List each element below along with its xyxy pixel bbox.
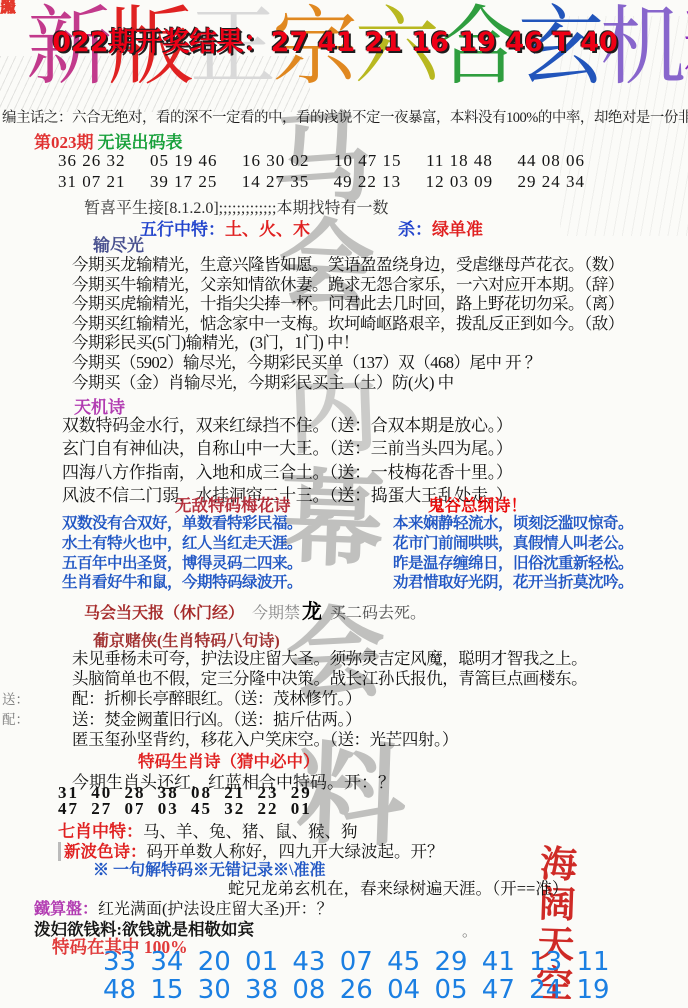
code-group: 14 27 35: [242, 172, 310, 192]
code-group: 49 22 13: [334, 172, 402, 192]
code-group: 05 19 46: [150, 151, 218, 171]
kill-line: 杀：绿单准: [398, 215, 483, 240]
poem-line: 未见垂杨未可夸，护法设庄留大圣。须弥灵吉定风魔，聪明才智我之上。: [72, 649, 587, 669]
code-table-row: 36 26 32 05 19 46 16 30 02 10 47 15 11 1…: [58, 151, 585, 171]
poem-line: 花市门前闹哄哄，真假情人叫老公。: [393, 534, 633, 554]
five-elements-label: 五行中特：: [140, 220, 225, 239]
mahui-daily-line: 马会当天报（休门经）今期禁龙买二码去死。: [84, 595, 426, 624]
margin-note-song: 送：: [2, 688, 29, 708]
kill-label: 杀：: [398, 220, 432, 239]
poem-line: 今期买红输精光，惦念家中一支梅。坎坷崎岖路艰辛，拨乱反正到如今。（敌）: [72, 314, 624, 334]
section-title-pujing: 葡京赌侠(生肖特码八句诗): [93, 628, 280, 651]
mahui-bracket: （休门经）: [164, 605, 244, 622]
lottery-tip-sheet: 马 会 内 幕 会 料 为 人 民 服 务 海阔天空 新 版 正 宗 六 合 玄…: [0, 0, 688, 1008]
shengxiao-numbers-row: 47 27 07 03 45 32 22 01: [58, 800, 312, 817]
five-elements-value: 土、火、木: [225, 220, 310, 239]
special-code-numbers-row: 48 15 30 38 08 26 04 05 47 24 19: [103, 975, 610, 1005]
code-group: 10 47 15: [334, 151, 402, 171]
code-group: 39 17 25: [150, 172, 218, 192]
code-table-heading: 第023期无误出码表: [34, 128, 183, 153]
issue-number: 第023期: [34, 133, 94, 152]
margin-note-pei: 配：: [2, 708, 29, 728]
code-table-row: 31 07 21 39 17 25 14 27 35 49 22 13 12 0…: [58, 172, 585, 192]
poem-line: 头脑简单也不假，定三分隆中决策。战长江孙氏报仇，青篙巨点画楼东。: [72, 669, 587, 689]
poem-line: 玄门自有神仙决，自称山中一大王。（送：三前当头四为尾。）: [62, 437, 513, 460]
draw-result-banner: 022期开奖结果：27 41 21 16 19 46 T 40: [30, 20, 640, 59]
calligraphy-char: 务: [0, 0, 16, 16]
poem-line: 昨是温存缠绵日，旧俗沈重新轻松。: [393, 554, 633, 574]
section-title-meihuashi: 无敌特码梅花诗: [175, 492, 291, 516]
section-title-guigu: 鬼谷总纲诗！: [428, 492, 527, 516]
five-elements-line: 五行中特：土、火、木: [140, 215, 310, 240]
code-group: 16 30 02: [242, 151, 310, 171]
editor-note: 编主话之：六合无绝对，看的深不一定看的中，看的浅说不定一夜暴富，本料没有100%…: [2, 106, 688, 127]
poem-line: 本来娴静轻流水，顷刻泛滥叹惊奇。: [393, 514, 633, 534]
code-group: 44 08 06: [517, 151, 585, 171]
poem-line: 五百年中出圣贤，博得灵码二四来。: [62, 554, 302, 574]
poem-line: 今期买虎输精光，十指尖尖捧一杯。问君此去几时回，路上野花切勿采。（离）: [72, 294, 624, 314]
poem-line: 今期买（5902）输尽光，今期彩民买单（137）双（468）尾中 开 ？: [72, 353, 624, 373]
poem-line: 生肖看好牛和鼠，今期特码绿波开。: [62, 573, 302, 593]
pofu-period: 。: [462, 920, 477, 941]
pujing-poem: 未见垂杨未可夸，护法设庄留大圣。须弥灵吉定风魔，聪明才智我之上。 头脑简单也不假…: [72, 649, 587, 750]
code-table-title: 无误出码表: [98, 133, 183, 152]
meihuashi-poem: 双数没有合双好，单数看特彩民福。 水土有特火也中，红人当红走天涯。 五百年中出圣…: [62, 514, 302, 593]
poem-line: 匿玉玺孙坚背约，移花入户笑床空。（送：光芒四射。）: [72, 730, 587, 750]
code-group: 36 26 32: [58, 151, 126, 171]
code-group: 12 03 09: [426, 172, 494, 192]
poem-line: 今期买龙输精光，生意兴隆皆如愿。笑语盈盈绕身边，受虐继母芦花衣。（数）: [72, 255, 624, 275]
poem-line: 今期买（金）肖输尽光，今期彩民买主（土）防(火) 中: [72, 373, 624, 393]
guigu-poem: 本来娴静轻流水，顷刻泛滥叹惊奇。 花市门前闹哄哄，真假情人叫老公。 昨是温存缠绵…: [393, 514, 633, 593]
mahui-prefix: 马会当天报: [84, 605, 164, 622]
mahui-mid: 今期禁: [252, 605, 300, 622]
poem-line: 送：焚金阙董旧行凶。（送：掂斤估两。）: [72, 710, 587, 730]
poem-line: 双数没有合双好，单数看特彩民福。: [62, 514, 302, 534]
kill-value: 绿单准: [432, 220, 483, 239]
code-group: 11 18 48: [426, 151, 493, 171]
banned-animal: 龙: [302, 601, 322, 623]
special-code-numbers-row: 33 34 20 01 43 07 45 29 41 13 11: [103, 947, 610, 977]
mahui-suffix: 买二码去死。: [330, 605, 426, 622]
poem-line: 今期买牛输精光，父亲知情欲休妻。跪求无怨合家乐，一六对应开本期。（辞）: [72, 275, 624, 295]
poem-line: 劝君惜取好光阴，花开当折莫沈吟。: [393, 573, 633, 593]
code-group: 29 24 34: [517, 172, 585, 192]
section-title-shujinguang: 输尽光: [93, 231, 144, 256]
poem-line: 配：折柳长亭醉眼红。（送：茂林修竹。）: [72, 689, 587, 709]
poem-line: 今期彩民买(5门)输精光，(3门，1门) 中！: [72, 333, 624, 353]
shujinguang-poem: 今期买龙输精光，生意兴隆皆如愿。笑语盈盈绕身边，受虐继母芦花衣。（数） 今期买牛…: [72, 255, 624, 392]
poem-line: 水土有特火也中，红人当红走天涯。: [62, 534, 302, 554]
poem-line: 四海八方作指南，入地和成三合土。（送：一枝梅花香十里。）: [62, 461, 513, 484]
poem-line: 双数特码金水行，双来红绿挡不住。（送：合双本期是放心。）: [62, 414, 513, 437]
title-char: 料: [682, 2, 688, 92]
code-group: 31 07 21: [58, 172, 126, 192]
